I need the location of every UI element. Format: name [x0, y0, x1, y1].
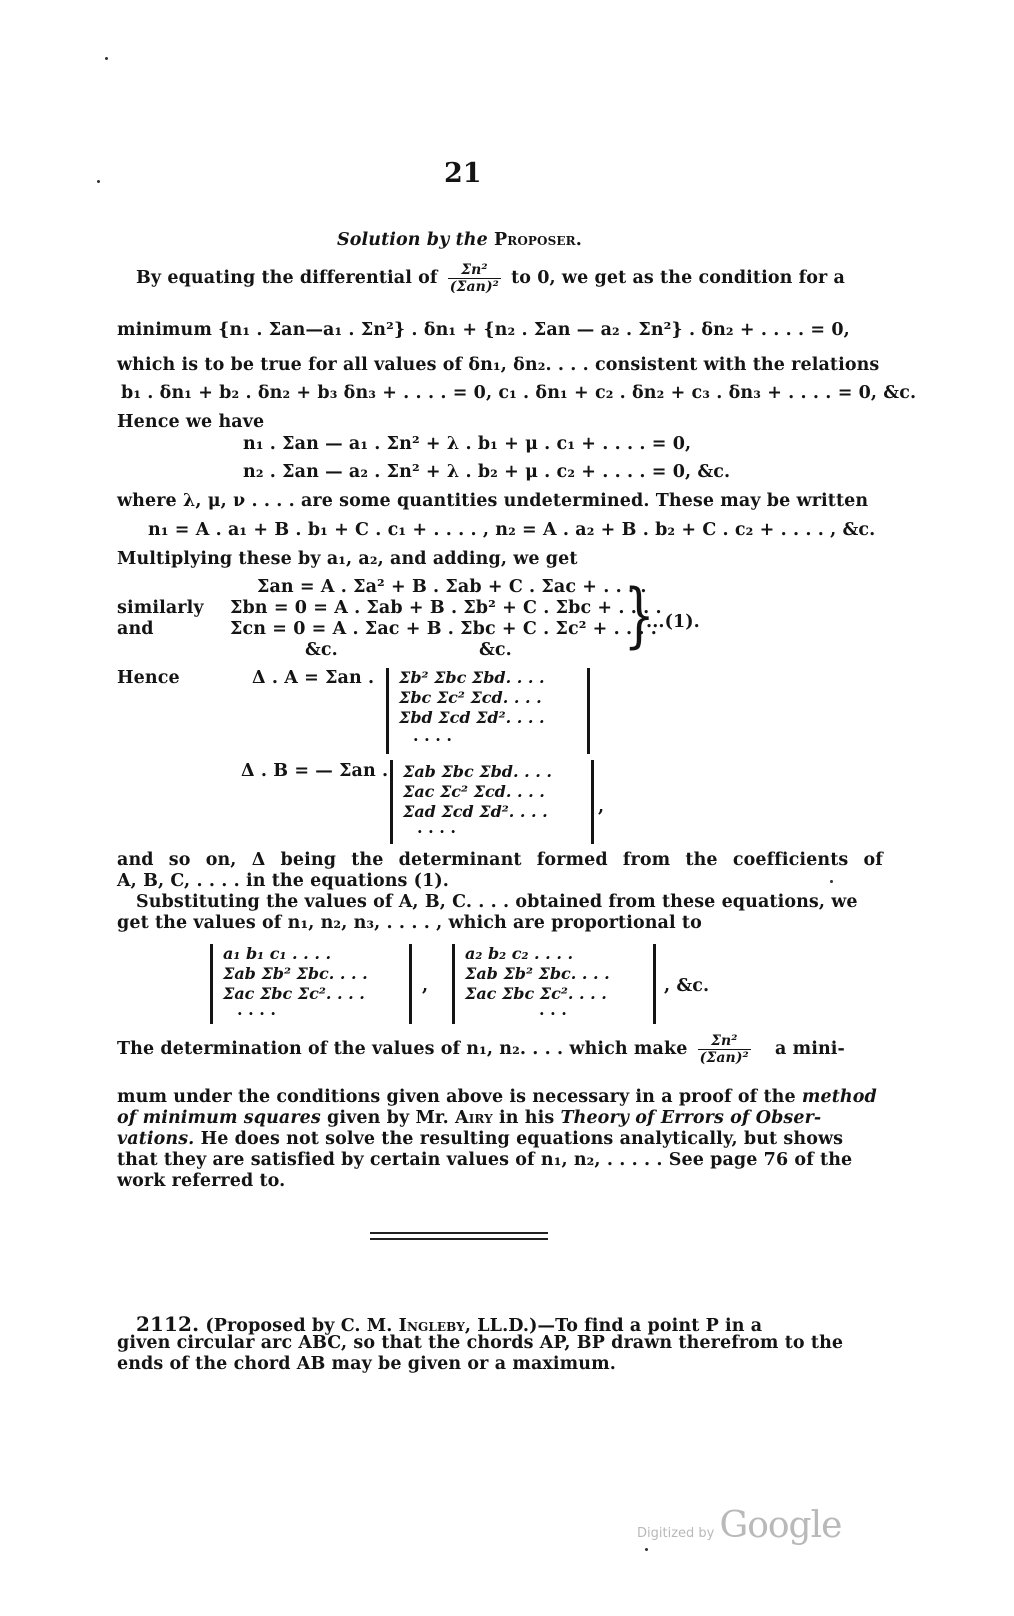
para3-line2: mum under the conditions given above is … — [117, 1087, 877, 1107]
section-heading-italic: Solution by the — [337, 230, 488, 250]
problem-2112-line3: ends of the chord AB may be given or a m… — [117, 1354, 616, 1374]
section-heading-proposer: Proposer. — [494, 230, 582, 250]
scan-speck — [830, 880, 833, 883]
text-italic: of minimum squares — [117, 1108, 321, 1128]
para3-line1: The determination of the values of n₁, n… — [117, 1033, 845, 1066]
para1-line7: Multiplying these by a₁, a₂, and adding,… — [117, 549, 578, 569]
det-A-row-2: Σbc Σc² Σcd. . . . — [399, 688, 542, 707]
det-n2-dots: · · · — [539, 1004, 567, 1023]
fraction-numerator: Σn² — [448, 262, 501, 279]
determinant-B: Σab Σbc Σbd. . . . Σac Σc² Σcd. . . . Σa… — [390, 760, 594, 844]
delta-B-lhs: Δ . B = — Σan . — [241, 761, 388, 781]
determinant-A: Σb² Σbc Σbd. . . . Σbc Σc² Σcd. . . . Σb… — [386, 668, 590, 754]
text: given by Mr. — [327, 1108, 449, 1128]
page-number: 21 — [444, 158, 482, 189]
para1-line5: Hence we have — [117, 412, 264, 432]
delta-A-lhs: Δ . A = Σan . — [252, 668, 374, 688]
text: a mini- — [775, 1039, 845, 1059]
para3-line6: work referred to. — [117, 1171, 285, 1191]
determinant-n2: a₂ b₂ c₂ . . . . Σab Σb² Σbc. . . . Σac … — [452, 944, 656, 1024]
google-logo-text: Google — [719, 1505, 841, 1546]
det-B-trailing-comma: , — [598, 797, 604, 817]
digitized-by-google-watermark: Digitized by Google — [637, 1505, 841, 1546]
det-A-dots: · · · · — [413, 730, 452, 749]
det-n1-row-2: Σab Σb² Σbc. . . . — [223, 964, 368, 983]
text: in his — [499, 1108, 554, 1128]
det-B-row-1: Σab Σbc Σbd. . . . — [403, 762, 552, 781]
det-n1-dots: · · · · — [237, 1004, 276, 1023]
fraction-sum-n2-over-sum-an-squared: Σn² (Σan)² — [448, 262, 501, 295]
det-B-row-3: Σad Σcd Σd². . . . — [403, 802, 548, 821]
para2-line4: get the values of n₁, n₂, n₃, . . . . , … — [117, 913, 702, 933]
text-italic: vations. — [117, 1129, 194, 1149]
watermark-small-text: Digitized by — [637, 1526, 714, 1541]
det-n2-row-2: Σab Σb² Σbc. . . . — [465, 964, 610, 983]
system-etc-left: &c. — [305, 640, 338, 660]
system-etc-right: &c. — [479, 640, 512, 660]
scan-speck — [97, 180, 100, 183]
separator-rule-bottom — [370, 1238, 548, 1240]
para1-line3: which is to be true for all values of δn… — [117, 355, 879, 375]
fraction-numerator: Σn² — [698, 1033, 751, 1050]
det-n1-row-1: a₁ b₁ c₁ . . . . — [223, 944, 331, 963]
text: mum under the conditions given above is … — [117, 1087, 796, 1107]
para1-line4: b₁ . δn₁ + b₂ . δn₂ + b₃ δn₃ + . . . . =… — [121, 383, 916, 403]
para1-line6: where λ, μ, ν . . . . are some quantitie… — [117, 491, 868, 511]
system-row-1: Σan = A . Σa² + B . Σab + C . Σac + . . … — [257, 577, 647, 597]
det-n2-row-3: Σac Σbc Σc². . . . — [465, 984, 607, 1003]
text-italic: method — [802, 1087, 877, 1107]
equation-label-1: ...(1). — [646, 612, 700, 632]
det-n1-row-3: Σac Σbc Σc². . . . — [223, 984, 365, 1003]
text: He does not solve the resulting equation… — [201, 1129, 844, 1149]
equation-2: n₂ . Σan — a₂ . Σn² + λ . b₂ + μ . c₂ + … — [243, 462, 730, 482]
para1-line1: By equating the differential of Σn² (Σan… — [136, 262, 845, 295]
para3-line4: vations. He does not solve the resulting… — [117, 1129, 843, 1149]
para2-line1: and so on, Δ being the determinant forme… — [117, 850, 883, 870]
para3-line3: of minimum squares given by Mr. Airy in … — [117, 1108, 821, 1128]
det-B-row-2: Σac Σc² Σcd. . . . — [403, 782, 545, 801]
text-smallcaps: Airy — [455, 1108, 493, 1128]
system-row-2: Σbn = 0 = A . Σab + B . Σb² + C . Σbc + … — [230, 598, 662, 618]
para1-line2: minimum {n₁ . Σan—a₁ . Σn²} . δn₁ + {n₂ … — [117, 320, 850, 340]
determinant-n1: a₁ b₁ c₁ . . . . Σab Σb² Σbc. . . . Σac … — [210, 944, 412, 1024]
para2-line3: Substituting the values of A, B, C. . . … — [136, 892, 858, 912]
hence-label: Hence — [117, 668, 180, 688]
equation-1: n₁ . Σan — a₁ . Σn² + λ . b₁ + μ . c₁ + … — [243, 434, 691, 454]
text: The determination of the values of n₁, n… — [117, 1039, 687, 1059]
system-label-and: and — [117, 619, 154, 639]
separator-rule-top — [370, 1232, 548, 1234]
fraction-sum-n2-over-sum-an-squared: Σn² (Σan)² — [698, 1033, 751, 1066]
scan-speck — [105, 57, 108, 60]
fraction-denominator: (Σan)² — [448, 279, 501, 295]
det-separator-comma: , — [422, 976, 428, 996]
section-heading: Solution by the Proposer. — [337, 230, 582, 250]
para3-line5: that they are satisfied by certain value… — [117, 1150, 852, 1170]
system-label-similarly: similarly — [117, 598, 204, 618]
text: By equating the differential of — [136, 268, 438, 288]
det-n2-row-1: a₂ b₂ c₂ . . . . — [465, 944, 573, 963]
problem-2112-line2: given circular arc ABC, so that the chor… — [117, 1333, 843, 1353]
det-trailing-etc: , &c. — [664, 976, 709, 996]
det-A-row-1: Σb² Σbc Σbd. . . . — [399, 668, 545, 687]
system-row-3: Σcn = 0 = A . Σac + B . Σbc + C . Σc² + … — [230, 619, 657, 639]
para2-line2: A, B, C, . . . . in the equations (1). — [117, 871, 449, 891]
text-italic: Theory of Errors of Obser- — [561, 1108, 822, 1128]
text: to 0, we get as the condition for a — [511, 268, 845, 288]
equation-3: n₁ = A . a₁ + B . b₁ + C . c₁ + . . . . … — [148, 520, 875, 540]
det-A-row-3: Σbd Σcd Σd². . . . — [399, 708, 545, 727]
det-B-dots: · · · · — [417, 822, 456, 841]
fraction-denominator: (Σan)² — [698, 1050, 751, 1066]
scan-speck — [645, 1548, 648, 1551]
